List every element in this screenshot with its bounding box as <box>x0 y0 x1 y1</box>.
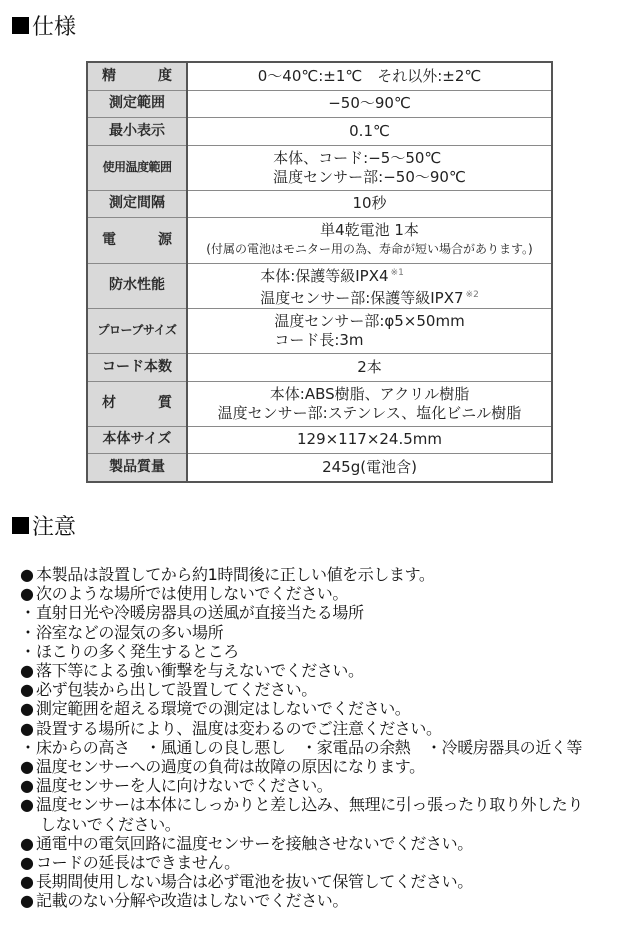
caution-text: 温度センサーを人に向けないでください。 <box>36 776 332 795</box>
caution-text: 記載のない分解や改造はしないでください。 <box>36 891 348 910</box>
spec-row-interval: 測定間隔 10秒 <box>87 190 552 217</box>
caution-subitem: ・直射日光や冷暖房器具の送風が直接当たる場所 <box>20 603 630 622</box>
caution-subitem: ・ほこりの多く発生するところ <box>20 642 630 661</box>
spec-label: 本体サイズ <box>87 426 187 453</box>
caution-text: 必ず包装から出して設置してください。 <box>36 680 317 699</box>
spec-label: 製品質量 <box>87 453 187 482</box>
spec-value-line: 0〜40℃:±1℃ それ以外:±2℃ <box>258 67 482 85</box>
spec-label: プローブサイズ <box>87 308 187 353</box>
spec-value: 245g(電池含) <box>187 453 552 482</box>
bullet-point-icon: ・ <box>20 738 36 757</box>
caution-text: 長期間使用しない場合は必ず電池を抜いて保管してください。 <box>36 872 473 891</box>
caution-text: 通電中の電気回路に温度センサーを接触させないでください。 <box>36 834 473 853</box>
spec-value-line: 245g(電池含) <box>322 458 417 476</box>
caution-text: 設置する場所により、温度は変わるのでご注意ください。 <box>36 719 442 738</box>
bullet-dot-icon: ● <box>20 565 36 584</box>
spec-value-line: 本体:ABS樹脂、アクリル樹脂 <box>218 385 522 404</box>
bullet-point-icon: ・ <box>20 642 36 661</box>
bullet-dot-icon: ● <box>20 680 36 699</box>
spec-value-line: 本体:保護等級IPX4 <box>260 267 388 285</box>
spec-value: 本体、コード:−5〜50℃ 温度センサー部:−50〜90℃ <box>187 145 552 190</box>
bullet-dot-icon: ● <box>20 757 36 776</box>
caution-item: ●必ず包装から出して設置してください。 <box>20 680 630 699</box>
bullet-dot-icon: ● <box>20 776 36 795</box>
bullet-point-icon: ・ <box>20 623 36 642</box>
spec-value: 本体:保護等級IPX4※1 温度センサー部:保護等級IPX7※2 <box>187 263 552 308</box>
spec-value-line: −50〜90℃ <box>328 94 411 112</box>
spec-row-min-display: 最小表示 0.1℃ <box>87 117 552 145</box>
spec-value-line: 温度センサー部:保護等級IPX7 <box>260 289 463 307</box>
spec-label: 材 質 <box>87 381 187 426</box>
caution-text: 次のような場所では使用しないでください。 <box>36 584 348 603</box>
spec-value: 0〜40℃:±1℃ それ以外:±2℃ <box>187 62 552 90</box>
caution-item: ●温度センサーを人に向けないでください。 <box>20 776 630 795</box>
bullet-dot-icon: ● <box>20 795 36 814</box>
spec-value: 129×117×24.5mm <box>187 426 552 453</box>
caution-list: ●本製品は設置してから約1時間後に正しい値を示します。 ●次のような場所では使用… <box>20 565 630 911</box>
spec-value-line: 単4乾電池 1本 <box>188 221 551 240</box>
caution-text: 直射日光や冷暖房器具の送風が直接当たる場所 <box>36 603 364 622</box>
caution-item: ●設置する場所により、温度は変わるのでご注意ください。 <box>20 719 630 738</box>
spec-label: 測定間隔 <box>87 190 187 217</box>
spec-value-line: 温度センサー部:φ5×50mm <box>274 312 464 331</box>
spec-value-line: コード長:3m <box>274 331 464 350</box>
spec-value: 温度センサー部:φ5×50mm コード長:3m <box>187 308 552 353</box>
footnote-marker: ※2 <box>466 290 479 300</box>
caution-text: 温度センサーは本体にしっかりと差し込み、無理に引っ張ったり取り外したり <box>36 795 583 814</box>
caution-subitem: ・床からの高さ ・風通しの良し悪し ・家電品の余熱 ・冷暖房器具の近く等 <box>20 738 630 757</box>
caution-item: ●コードの延長はできません。 <box>20 853 630 872</box>
caution-item: ●本製品は設置してから約1時間後に正しい値を示します。 <box>20 565 630 584</box>
spec-label: 精 度 <box>87 62 187 90</box>
spec-row-waterproof: 防水性能 本体:保護等級IPX4※1 温度センサー部:保護等級IPX7※2 <box>87 263 552 308</box>
spec-label: 電 源 <box>87 217 187 263</box>
square-bullet-icon <box>12 517 29 534</box>
caution-item: ●測定範囲を超える環境での測定はしないでください。 <box>20 699 630 718</box>
bullet-dot-icon: ● <box>20 719 36 738</box>
caution-subitem: ・浴室などの湿気の多い場所 <box>20 623 630 642</box>
spec-label: 使用温度範囲 <box>87 145 187 190</box>
caution-item: ●温度センサーへの過度の負荷は故障の原因になります。 <box>20 757 630 776</box>
caution-text: しないでください。 <box>40 815 180 834</box>
spec-label: 測定範囲 <box>87 90 187 117</box>
spec-value-line: 2本 <box>357 358 382 376</box>
spec-value: −50〜90℃ <box>187 90 552 117</box>
bullet-dot-icon: ● <box>20 872 36 891</box>
spec-value-subnote: (付属の電池はモニター用の為、寿命が短い場合があります。) <box>188 240 551 259</box>
bullet-dot-icon: ● <box>20 891 36 910</box>
bullet-dot-icon: ● <box>20 584 36 603</box>
footnote-marker: ※1 <box>391 268 404 278</box>
spec-value: 0.1℃ <box>187 117 552 145</box>
spec-label: 最小表示 <box>87 117 187 145</box>
bullet-dot-icon: ● <box>20 661 36 680</box>
spec-value-line: 0.1℃ <box>349 122 390 140</box>
spec-row-weight: 製品質量 245g(電池含) <box>87 453 552 482</box>
spec-value: 2本 <box>187 353 552 381</box>
spec-row-body-size: 本体サイズ 129×117×24.5mm <box>87 426 552 453</box>
spec-table: 精 度 0〜40℃:±1℃ それ以外:±2℃ 測定範囲 −50〜90℃ 最小表示… <box>86 61 553 483</box>
spec-value-line: 本体、コード:−5〜50℃ <box>273 149 466 168</box>
spec-row-power: 電 源 単4乾電池 1本 (付属の電池はモニター用の為、寿命が短い場合があります… <box>87 217 552 263</box>
spec-row-probe-size: プローブサイズ 温度センサー部:φ5×50mm コード長:3m <box>87 308 552 353</box>
bullet-point-icon: ・ <box>20 603 36 622</box>
spec-value-line: 10秒 <box>352 194 386 212</box>
spec-value-line: 温度センサー部:ステンレス、塩化ビニル樹脂 <box>218 404 522 423</box>
caution-text: 落下等による強い衝撃を与えないでください。 <box>36 661 364 680</box>
spec-row-operating-temp: 使用温度範囲 本体、コード:−5〜50℃ 温度センサー部:−50〜90℃ <box>87 145 552 190</box>
spec-row-cord-count: コード本数 2本 <box>87 353 552 381</box>
bullet-dot-icon: ● <box>20 834 36 853</box>
bullet-dot-icon: ● <box>20 699 36 718</box>
spec-value: 単4乾電池 1本 (付属の電池はモニター用の為、寿命が短い場合があります。) <box>187 217 552 263</box>
spec-row-measure-range: 測定範囲 −50〜90℃ <box>87 90 552 117</box>
spec-value: 10秒 <box>187 190 552 217</box>
spec-label: コード本数 <box>87 353 187 381</box>
caution-text: 床からの高さ ・風通しの良し悪し ・家電品の余熱 ・冷暖房器具の近く等 <box>36 738 582 757</box>
spec-value-line: 温度センサー部:−50〜90℃ <box>273 168 466 187</box>
spec-heading-text: 仕様 <box>32 10 76 41</box>
spec-row-material: 材 質 本体:ABS樹脂、アクリル樹脂 温度センサー部:ステンレス、塩化ビニル樹… <box>87 381 552 426</box>
caution-item: ●落下等による強い衝撃を与えないでください。 <box>20 661 630 680</box>
bullet-dot-icon: ● <box>20 853 36 872</box>
caution-item: ●長期間使用しない場合は必ず電池を抜いて保管してください。 <box>20 872 630 891</box>
caution-item: ●記載のない分解や改造はしないでください。 <box>20 891 630 910</box>
caution-item: ●次のような場所では使用しないでください。 <box>20 584 630 603</box>
caution-item: ●温度センサーは本体にしっかりと差し込み、無理に引っ張ったり取り外したり <box>20 795 630 814</box>
caution-text: 測定範囲を超える環境での測定はしないでください。 <box>36 699 410 718</box>
notes-heading-text: 注意 <box>32 510 76 541</box>
square-bullet-icon <box>12 17 29 34</box>
caution-text: 温度センサーへの過度の負荷は故障の原因になります。 <box>36 757 425 776</box>
spec-section-heading: 仕様 <box>12 10 76 41</box>
spec-label: 防水性能 <box>87 263 187 308</box>
caution-item: ●通電中の電気回路に温度センサーを接触させないでください。 <box>20 834 630 853</box>
spec-value: 本体:ABS樹脂、アクリル樹脂 温度センサー部:ステンレス、塩化ビニル樹脂 <box>187 381 552 426</box>
caution-text: コードの延長はできません。 <box>36 853 240 872</box>
caution-text: 浴室などの湿気の多い場所 <box>36 623 223 642</box>
notes-section-heading: 注意 <box>12 510 76 541</box>
spec-row-accuracy: 精 度 0〜40℃:±1℃ それ以外:±2℃ <box>87 62 552 90</box>
spec-value-line: 129×117×24.5mm <box>297 430 442 448</box>
caution-text: 本製品は設置してから約1時間後に正しい値を示します。 <box>36 565 435 584</box>
caution-text: ほこりの多く発生するところ <box>36 642 239 661</box>
caution-item-continuation: しないでください。 <box>20 815 630 834</box>
